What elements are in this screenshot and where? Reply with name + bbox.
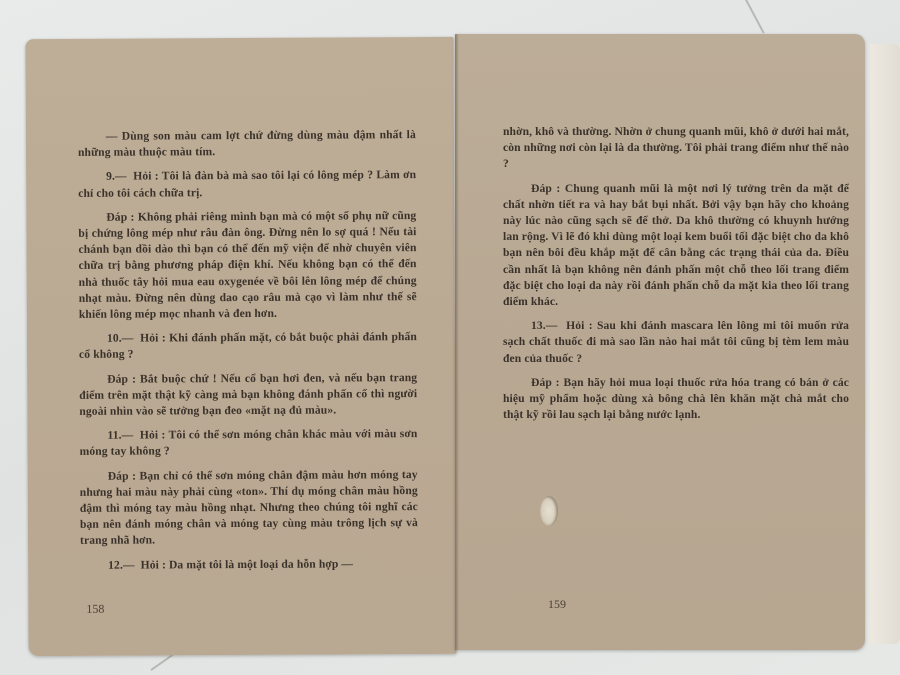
question-12: 12.— Hỏi : Da mặt tôi là một loại da hỗn… (80, 556, 418, 574)
left-page-text: — Dùng son màu cam lợt chứ đừng dùng màu… (78, 127, 418, 582)
question-13: 13.— Hỏi : Sau khi đánh mascara lên lông… (503, 318, 849, 367)
answer-13: Đáp : Bạn hãy hỏi mua loại thuốc rửa hóa… (503, 375, 849, 424)
answer-11: Đáp : Bạn chỉ có thể sơn móng chân đậm m… (80, 467, 418, 550)
question-9: 9.— Hỏi : Tôi là đàn bà mà sao tôi lại c… (78, 167, 416, 201)
question-11: 11.— Hỏi : Tôi có thể sơn móng chân khác… (79, 426, 417, 460)
page-number: 158 (86, 602, 104, 617)
answer-10: Đáp : Bắt buộc chứ ! Nếu cổ bạn hơi đen,… (79, 370, 417, 420)
question-12-continued: nhờn, khô và thường. Nhờn ở chung quanh … (503, 124, 849, 173)
right-page-text: nhờn, khô và thường. Nhờn ở chung quanh … (503, 124, 849, 431)
paper-stain (540, 496, 558, 526)
floor-tile-seam (745, 0, 765, 34)
book-page-edges (870, 44, 900, 644)
paragraph: — Dùng son màu cam lợt chứ đừng dùng màu… (78, 127, 416, 161)
question-10: 10.— Hỏi : Khi đánh phấn mặt, có bắt buộ… (79, 329, 417, 363)
answer-9: Đáp : Không phải riêng mình bạn mà có mộ… (78, 208, 417, 323)
page-number: 159 (548, 597, 566, 612)
right-page: nhờn, khô và thường. Nhờn ở chung quanh … (455, 34, 865, 650)
left-page: — Dùng son màu cam lợt chứ đừng dùng màu… (25, 37, 456, 656)
answer-12: Đáp : Chung quanh mũi là một nơi lý tưởn… (503, 181, 849, 311)
